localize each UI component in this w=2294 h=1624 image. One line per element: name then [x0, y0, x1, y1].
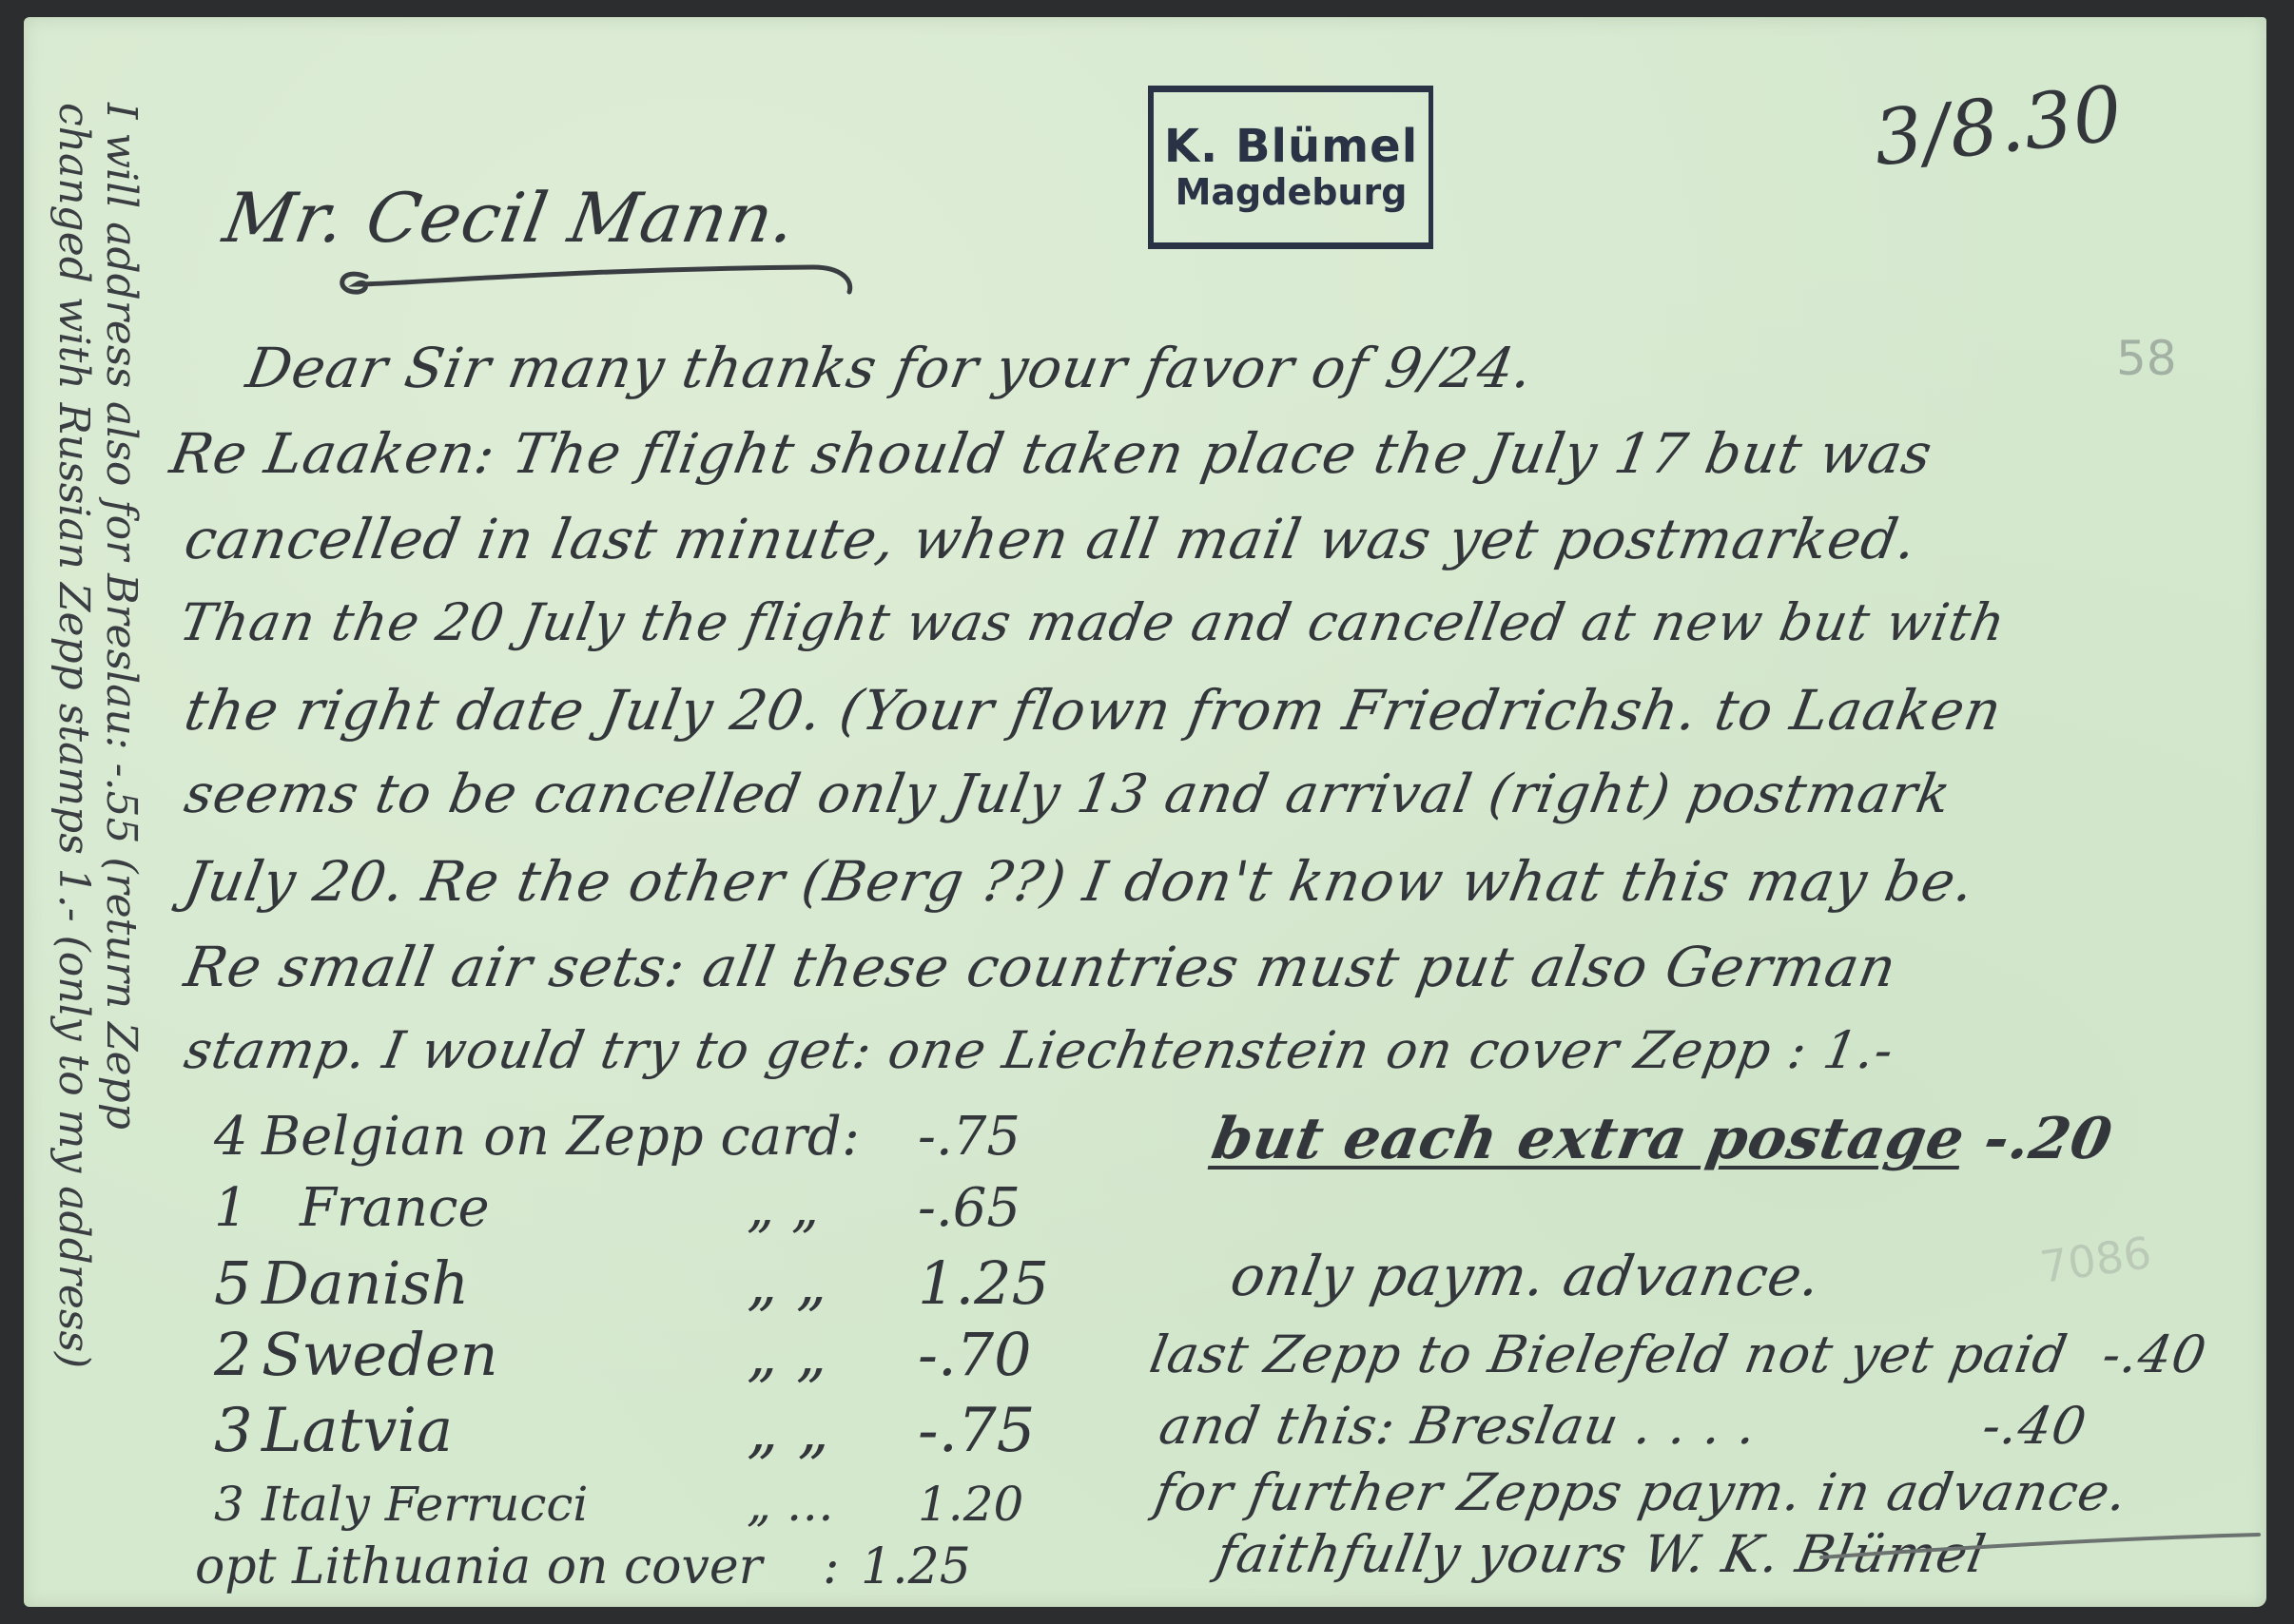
- salutation: Mr. Cecil Mann.: [219, 184, 802, 252]
- body-line-8: Re small air sets: all these countries m…: [181, 939, 1900, 995]
- body-line-6: seems to be cancelled only July 13 and a…: [181, 768, 1955, 822]
- underline-flourish-icon: [328, 260, 861, 317]
- right-line-4: and this: Breslau . . . . -.40: [1156, 1401, 2090, 1452]
- pencil-note-faint: 7086: [2037, 1227, 2154, 1293]
- margin-note-2: changed with Russian Zepp stamps 1.- (on…: [49, 103, 98, 1368]
- pencil-note-number: 58: [2116, 331, 2177, 386]
- right-line-3: last Zepp to Bielefeld not yet paid -.40: [1146, 1329, 2210, 1381]
- stamp-name: K. Blümel: [1164, 122, 1418, 172]
- right-line-2: only paym. advance.: [1227, 1248, 1825, 1304]
- body-line-3: cancelled in last minute, when all mail …: [181, 512, 1921, 567]
- sender-rubber-stamp: K. Blümel Magdeburg: [1148, 86, 1433, 249]
- postcard: K. Blümel Magdeburg 3/8.30 58 7086 Mr. C…: [24, 17, 2266, 1607]
- body-line-2: Re Laaken: The flight should taken place…: [166, 426, 1936, 481]
- handwritten-date: 3/8.30: [1870, 69, 2127, 184]
- margin-note-1: I will address also for Breslau: -.55 (r…: [97, 103, 146, 1130]
- body-line-1: Dear Sir many thanks for your favor of 9…: [243, 340, 1537, 396]
- body-line-4: Than the 20 July the flight was made and…: [176, 597, 2010, 648]
- body-line-9: stamp. I would try to get: one Liechtens…: [181, 1025, 1897, 1076]
- right-line-1: but each extra postage -.20: [1208, 1111, 2117, 1168]
- body-line-7: July 20. Re the other (Berg ??) I don't …: [181, 854, 1979, 909]
- price-list: 4 Belgian on Zepp card : -.75 1 France „…: [214, 1106, 1070, 1600]
- body-line-5: the right date July 20. (Your flown from…: [181, 683, 2006, 738]
- stamp-city: Magdeburg: [1176, 172, 1408, 214]
- right-line-5: for further Zepps paym. in advance.: [1151, 1467, 2131, 1518]
- signature-underline-icon: [1812, 1529, 2266, 1567]
